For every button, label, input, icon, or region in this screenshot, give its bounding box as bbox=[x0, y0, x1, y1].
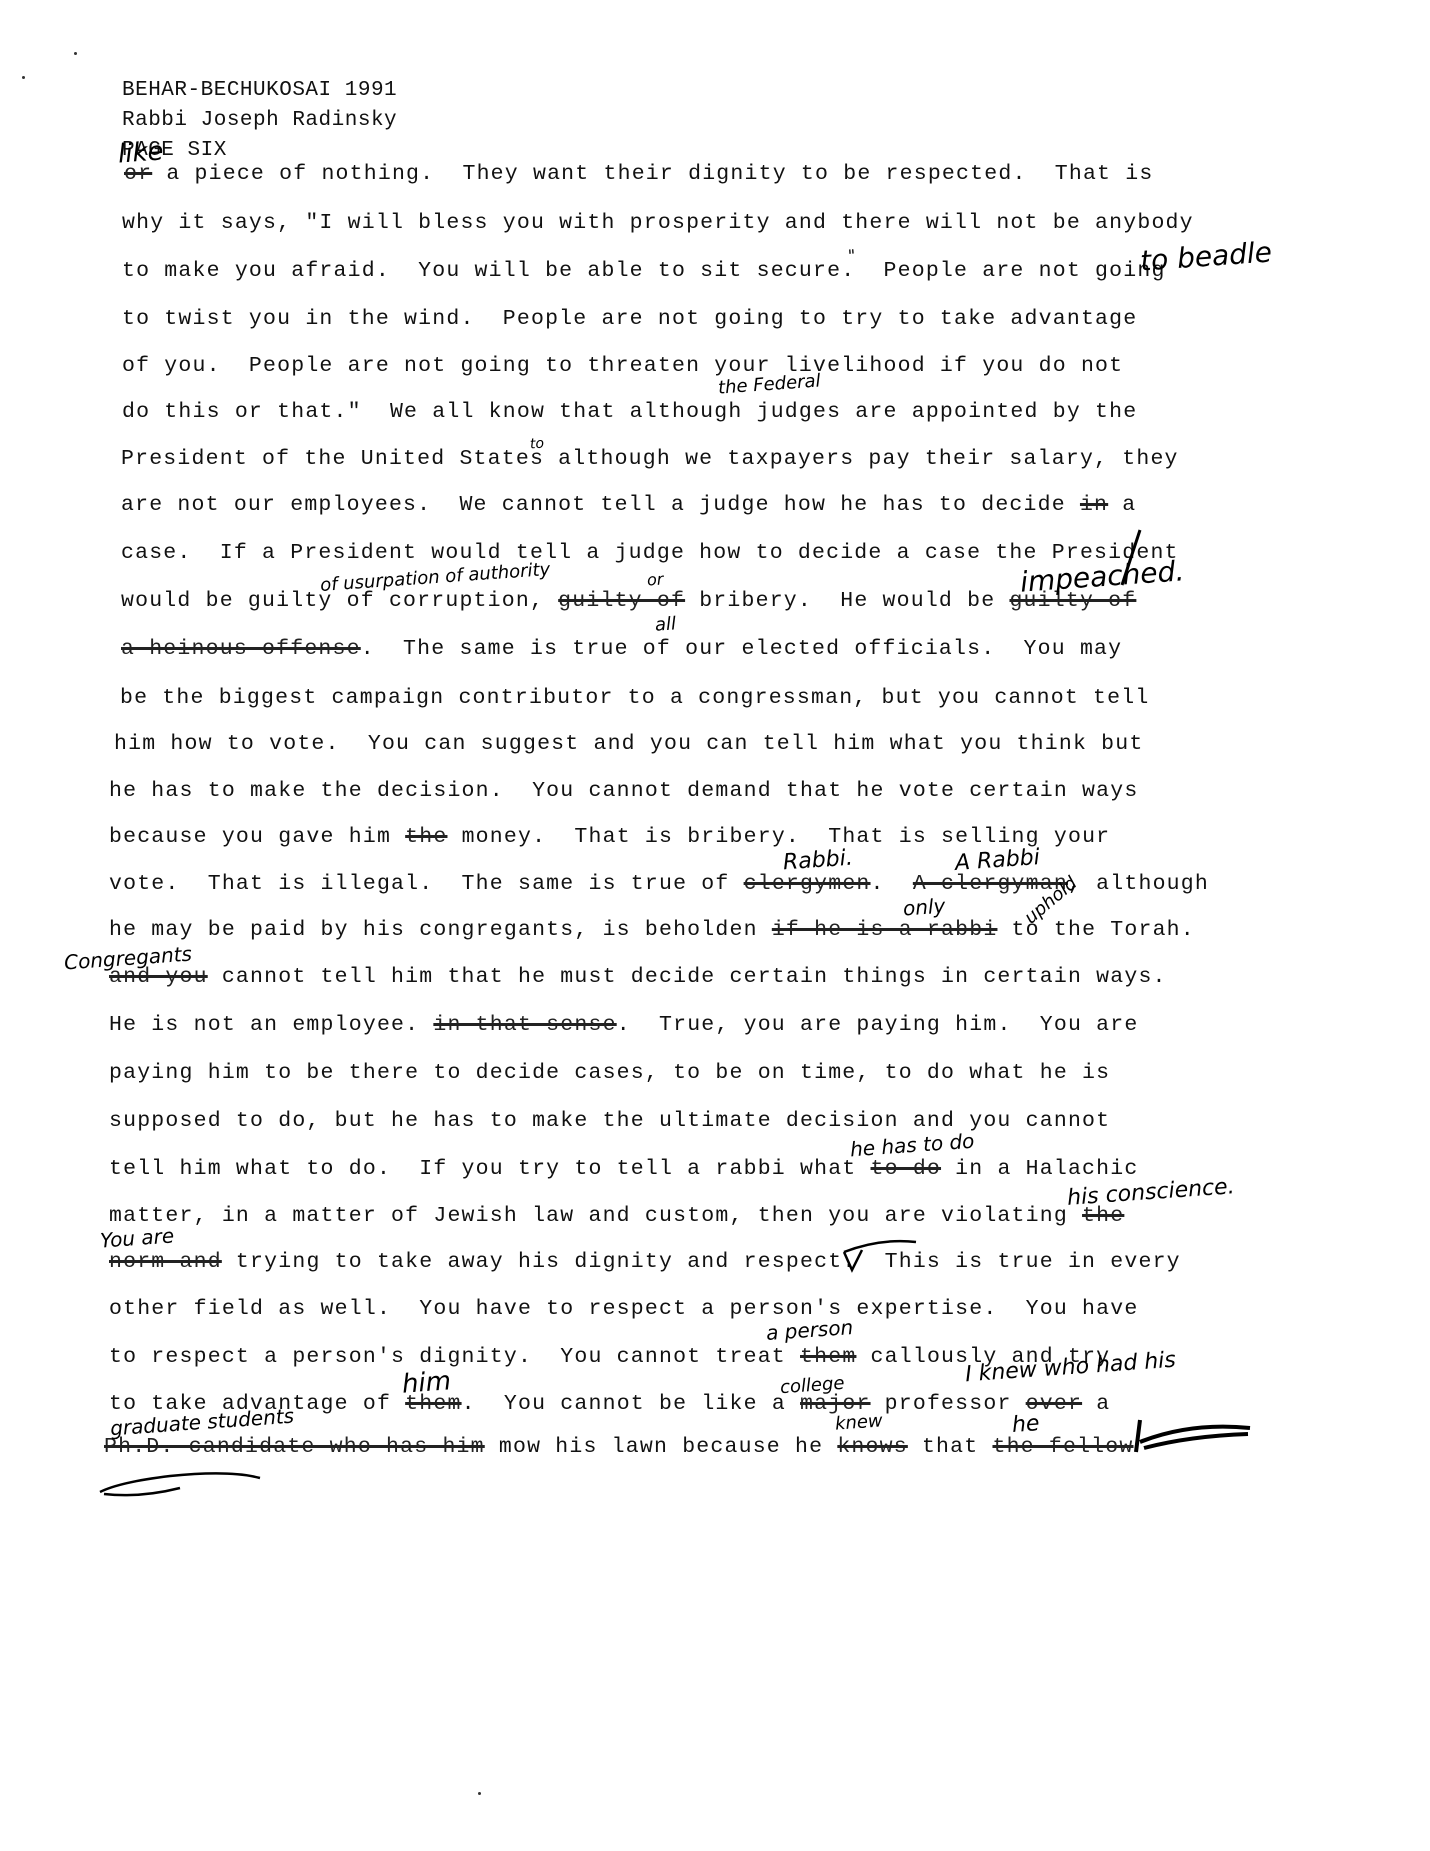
text-line: because you gave him the money. That is … bbox=[109, 825, 1110, 849]
text-line: case. If a President would tell a judge … bbox=[121, 541, 1179, 565]
text-line: President of the United States although … bbox=[121, 447, 1179, 471]
text-line: and you cannot tell him that he must dec… bbox=[109, 965, 1167, 989]
annotation-or: or bbox=[646, 569, 664, 589]
text-line: of you. People are not going to threaten… bbox=[122, 354, 1123, 378]
annotation-a-person: a person bbox=[765, 1315, 854, 1345]
text-line: tell him what to do. If you try to tell … bbox=[109, 1157, 1138, 1181]
text-line: a heinous offense. The same is true of o… bbox=[121, 637, 1122, 661]
annotation-knew: knew bbox=[834, 1410, 883, 1434]
annotation-rabbi: Rabbi. bbox=[782, 846, 853, 876]
text-line: to respect a person's dignity. You canno… bbox=[109, 1345, 1110, 1369]
text-line: other field as well. You have to respect… bbox=[109, 1297, 1138, 1321]
text-line: matter, in a matter of Jewish law and cu… bbox=[109, 1204, 1124, 1228]
annotation-him: him bbox=[401, 1366, 452, 1399]
text-line: Ph.D. candidate who has him mow his lawn… bbox=[104, 1435, 1148, 1459]
scan-speck bbox=[74, 52, 77, 55]
annotation-beadle: to beadle bbox=[1139, 235, 1273, 277]
annotation-he: he bbox=[1011, 1411, 1040, 1438]
text-line: are not our employees. We cannot tell a … bbox=[121, 493, 1136, 517]
scan-speck bbox=[478, 1792, 481, 1795]
text-line: norm and trying to take away his dignity… bbox=[109, 1250, 1181, 1274]
annotation-to: to bbox=[529, 436, 544, 453]
text-line: do this or that." We all know that altho… bbox=[122, 400, 1137, 424]
annotation-you-are: You are bbox=[99, 1223, 175, 1252]
annotation-quote: " bbox=[847, 246, 856, 265]
scribble-out-icon bbox=[1130, 1412, 1260, 1462]
annotation-college: college bbox=[779, 1373, 845, 1398]
text-line: be the biggest campaign contributor to a… bbox=[120, 686, 1149, 710]
document-title: BEHAR-BECHUKOSAI 1991 bbox=[122, 76, 397, 106]
scan-speck bbox=[22, 76, 25, 79]
text-line: him how to vote. You can suggest and you… bbox=[114, 732, 1143, 756]
text-line: He is not an employee. in that sense. Tr… bbox=[109, 1013, 1138, 1037]
annotation-only: only bbox=[902, 894, 946, 921]
slash-mark-icon bbox=[1110, 525, 1150, 595]
annotation-all: all bbox=[654, 613, 676, 635]
text-line: to make you afraid. You will be able to … bbox=[122, 259, 1166, 283]
annotation-like: like bbox=[117, 136, 164, 169]
document-author: Rabbi Joseph Radinsky bbox=[122, 106, 397, 136]
text-line: to twist you in the wind. People are not… bbox=[122, 307, 1137, 331]
insertion-caret-icon bbox=[840, 1238, 920, 1278]
text-line: or a piece of nothing. They want their d… bbox=[124, 162, 1153, 186]
text-line: paying him to be there to decide cases, … bbox=[109, 1061, 1110, 1085]
document-page: BEHAR-BECHUKOSAI 1991 Rabbi Joseph Radin… bbox=[0, 0, 1430, 1851]
text-line: would be guilty of corruption, guilty of… bbox=[121, 589, 1136, 613]
underline-scribble-icon bbox=[90, 1470, 270, 1500]
text-line: he has to make the decision. You cannot … bbox=[109, 779, 1138, 803]
text-line: why it says, "I will bless you with pros… bbox=[122, 211, 1194, 235]
